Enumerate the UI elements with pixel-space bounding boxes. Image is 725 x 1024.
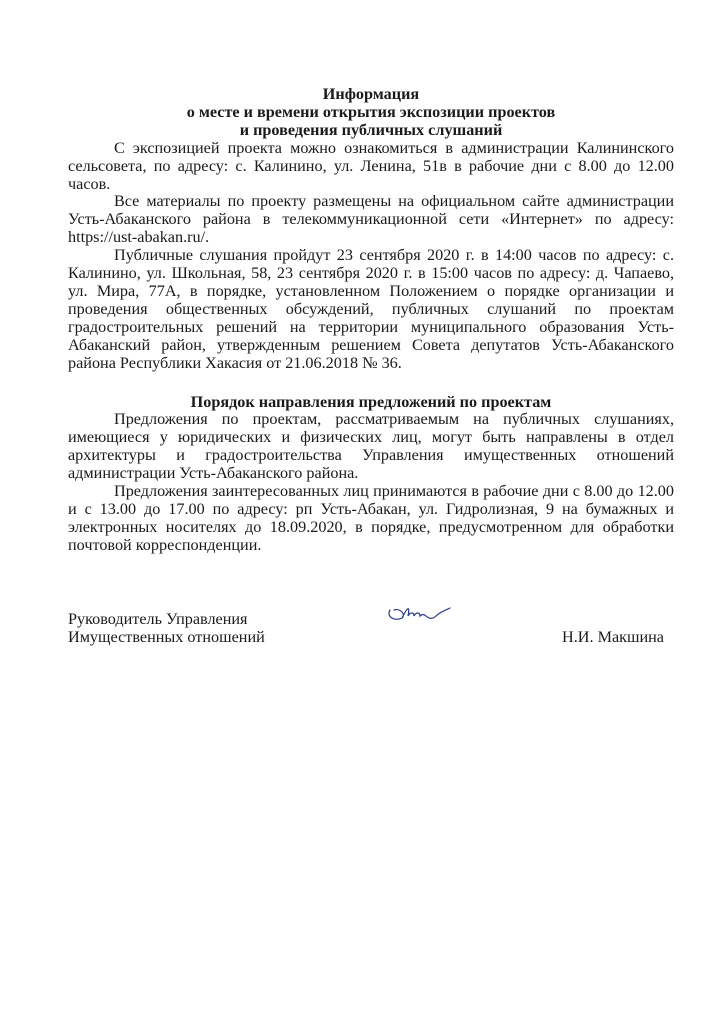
document-subtitle-line1: о месте и времени открытия экспозиции пр… [68, 104, 674, 122]
paragraph-proposals: Предложения по проектам, рассматриваемым… [68, 411, 674, 483]
signatory-position-line1: Руководитель Управления [68, 610, 265, 628]
document-body: Информация о месте и времени открытия эк… [68, 86, 674, 555]
document-heading: Информация о месте и времени открытия эк… [68, 86, 674, 140]
paragraph-exposition: С экспозицией проекта можно ознакомиться… [68, 140, 674, 194]
document-title: Информация [68, 86, 674, 104]
paragraph-materials: Все материалы по проекту размещены на оф… [68, 193, 674, 247]
signatory-position-line2: Имущественных отношений [68, 628, 265, 646]
document-subtitle-line2: и проведения публичных слушаний [68, 122, 674, 140]
section-title-proposals: Порядок направления предложений по проек… [68, 394, 674, 412]
signature-block: Руководитель Управления Имущественных от… [68, 610, 674, 650]
signatory-position: Руководитель Управления Имущественных от… [68, 610, 265, 646]
signatory-name: Н.И. Макшина [562, 628, 664, 646]
paragraph-hearings: Публичные слушания пройдут 23 сентября 2… [68, 247, 674, 372]
signature-icon [384, 602, 454, 632]
paragraph-proposals-schedule: Предложения заинтересованных лиц принима… [68, 483, 674, 555]
